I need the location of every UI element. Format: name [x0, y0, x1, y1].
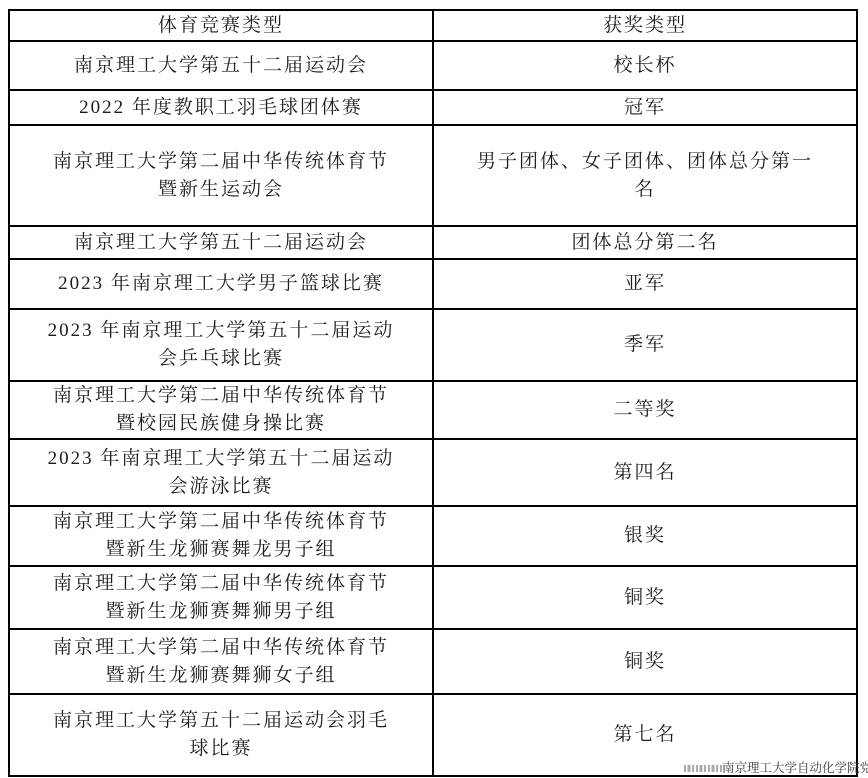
award-cell: 冠军	[433, 90, 857, 125]
competition-cell: 2023 年南京理工大学第五十二届运动 会乒乓球比赛	[9, 309, 433, 381]
award-cell: 团体总分第二名	[433, 226, 857, 259]
award-cell: 季军	[433, 309, 857, 381]
award-cell: 银奖	[433, 506, 857, 566]
table-row: 南京理工大学第二届中华传统体育节 暨新生龙狮赛舞龙男子组 银奖	[9, 506, 857, 566]
table-row: 南京理工大学第五十二届运动会 团体总分第二名	[9, 226, 857, 259]
table-row: 南京理工大学第二届中华传统体育节 暨新生龙狮赛舞狮男子组 铜奖	[9, 566, 857, 629]
competition-cell: 南京理工大学第二届中华传统体育节 暨新生龙狮赛舞龙男子组	[9, 506, 433, 566]
competition-cell: 南京理工大学第二届中华传统体育节 暨校园民族健身操比赛	[9, 381, 433, 439]
table-row: 南京理工大学第二届中华传统体育节 暨校园民族健身操比赛 二等奖	[9, 381, 857, 439]
table-row: 2023 年南京理工大学第五十二届运动 会游泳比赛 第四名	[9, 439, 857, 506]
table-row: 2023 年南京理工大学男子篮球比赛 亚军	[9, 259, 857, 309]
table-header-row: 体育竞赛类型 获奖类型	[9, 10, 857, 41]
competition-cell: 南京理工大学第五十二届运动会	[9, 41, 433, 90]
table-row: 南京理工大学第二届中华传统体育节 暨新生运动会 男子团体、女子团体、团体总分第一…	[9, 125, 857, 226]
header-competition-type: 体育竞赛类型	[9, 10, 433, 41]
award-cell: 铜奖	[433, 566, 857, 629]
competition-cell: 2023 年南京理工大学第五十二届运动 会游泳比赛	[9, 439, 433, 506]
competition-cell: 南京理工大学第五十二届运动会	[9, 226, 433, 259]
competition-cell: 南京理工大学第二届中华传统体育节 暨新生龙狮赛舞狮女子组	[9, 629, 433, 694]
award-cell: 二等奖	[433, 381, 857, 439]
header-award-type: 获奖类型	[433, 10, 857, 41]
competition-cell: 2023 年南京理工大学男子篮球比赛	[9, 259, 433, 309]
competition-cell: 南京理工大学第五十二届运动会羽毛 球比赛	[9, 694, 433, 776]
award-cell: 亚军	[433, 259, 857, 309]
award-cell: 校长杯	[433, 41, 857, 90]
micro-signature-marks	[684, 765, 724, 772]
award-cell: 男子团体、女子团体、团体总分第一 名	[433, 125, 857, 226]
competition-cell: 南京理工大学第二届中华传统体育节 暨新生运动会	[9, 125, 433, 226]
table-row: 2023 年南京理工大学第五十二届运动 会乒乓球比赛 季军	[9, 309, 857, 381]
document-page: 体育竞赛类型 获奖类型 南京理工大学第五十二届运动会 校长杯 2022 年度教职…	[0, 0, 868, 778]
competition-cell: 南京理工大学第二届中华传统体育节 暨新生龙狮赛舞狮男子组	[9, 566, 433, 629]
signature-text: 南京理工大学自动化学院党委	[722, 758, 868, 776]
table-row: 2022 年度教职工羽毛球团体赛 冠军	[9, 90, 857, 125]
table-row: 南京理工大学第五十二届运动会 校长杯	[9, 41, 857, 90]
award-cell: 铜奖	[433, 629, 857, 694]
award-cell: 第四名	[433, 439, 857, 506]
competition-cell: 2022 年度教职工羽毛球团体赛	[9, 90, 433, 125]
awards-table: 体育竞赛类型 获奖类型 南京理工大学第五十二届运动会 校长杯 2022 年度教职…	[8, 9, 858, 777]
table-row: 南京理工大学第二届中华传统体育节 暨新生龙狮赛舞狮女子组 铜奖	[9, 629, 857, 694]
